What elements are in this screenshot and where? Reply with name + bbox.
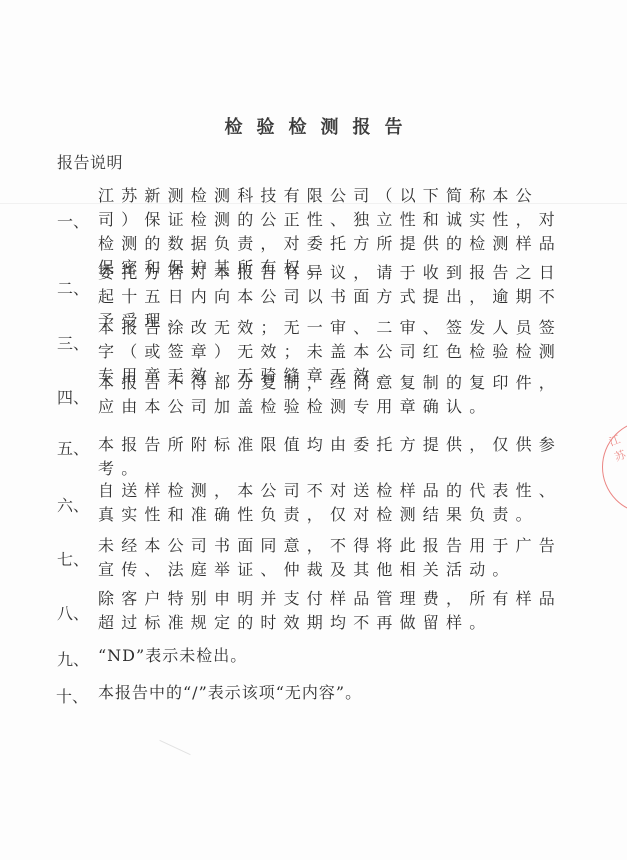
item-number: 二、 — [57, 276, 97, 299]
item-text: “ND”表示未检出。 — [98, 644, 576, 668]
item-text: 本报告所附标准限值均由委托方提供，仅供参考。 — [98, 433, 576, 481]
item-number: 十、 — [56, 684, 96, 707]
scan-artifact-mark — [159, 740, 190, 755]
item-number: 四、 — [57, 385, 97, 408]
item-text: 本报告不得部分复制，经同意复制的复印件，应由本公司加盖检验检测专用章确认。 — [98, 371, 576, 419]
item-number: 八、 — [57, 601, 97, 624]
item-text: 本报告中的“/”表示该项“无内容”。 — [98, 681, 576, 705]
item-number: 一、 — [57, 209, 97, 232]
item-text: 除客户特别申明并支付样品管理费，所有样品超过标准规定的时效期均不再做留样。 — [98, 587, 576, 635]
item-number: 五、 — [57, 436, 97, 459]
section-heading: 报告说明 — [57, 150, 123, 173]
item-number: 九、 — [57, 647, 97, 670]
item-text: 未经本公司书面同意，不得将此报告用于广告宣传、法庭举证、仲裁及其他相关活动。 — [98, 534, 576, 582]
item-number: 三、 — [57, 331, 97, 354]
item-text: 自送样检测，本公司不对送检样品的代表性、真实性和准确性负责，仅对检测结果负责。 — [98, 479, 576, 527]
item-number: 七、 — [57, 547, 97, 570]
page-title: 检验检测报告 — [0, 113, 627, 139]
item-number: 六、 — [57, 493, 97, 516]
